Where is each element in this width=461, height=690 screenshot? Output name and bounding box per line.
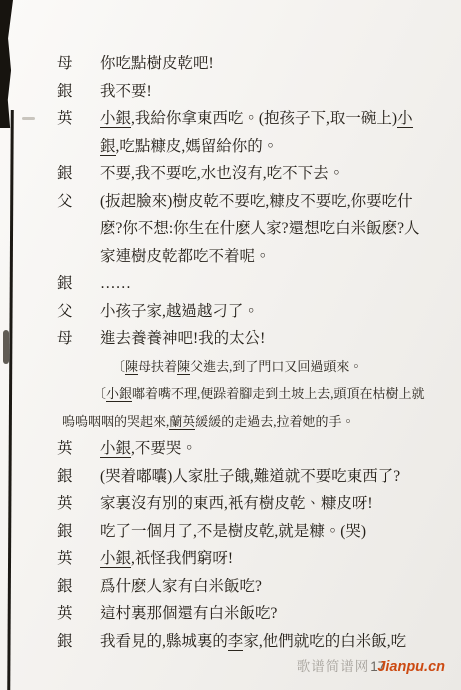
text-run: ,不要哭。: [131, 440, 197, 457]
dialogue-line: 麽?你不想:你生在什麽人家?還想吃白米飯麽?人: [100, 215, 461, 243]
proper-name-mark: 李: [228, 633, 244, 651]
dialogue-entry: 銀我看見的,縣城裏的李家,他們就吃的白米飯,吃: [57, 628, 461, 656]
dialogue-text: 你吃點樹皮乾吧!: [100, 50, 461, 78]
watermark-site-name: 歌谱简谱网: [297, 659, 370, 674]
text-run: ,吃點糠皮,媽留給你的。: [116, 138, 279, 155]
speaker-label: 母: [57, 50, 100, 78]
proper-name-mark: 小銀: [100, 550, 131, 568]
dialogue-line: 吃了一個月了,不是樹皮乾,就是糠。(哭): [100, 518, 461, 546]
dialogue-entry: 銀爲什麽人家有白米飯吃?: [57, 573, 461, 601]
dialogue-line: 進去養養神吧!我的太公!: [100, 325, 461, 353]
speaker-label: 父: [57, 298, 100, 326]
dialogue-entry: 母你吃點樹皮乾吧!: [57, 50, 461, 78]
text-run: 不要,我不要吃,水也沒有,吃不下去。: [100, 165, 344, 182]
dialogue-text: 這村裏那個還有白米飯吃?: [100, 600, 461, 628]
proper-name-mark: 陳: [177, 359, 190, 375]
watermark: 歌谱简谱网17Jianpu.cn: [297, 655, 445, 675]
stage-direction-line: 〔陳母扶着陳父進去,到了門口又回過頭來。: [112, 353, 461, 381]
proper-name-mark: 小銀: [100, 110, 131, 128]
dialogue-line: 我看見的,縣城裏的李家,他們就吃的白米飯,吃: [100, 628, 461, 656]
proper-name-mark: 銀: [100, 138, 116, 156]
dialogue-text: 進去養養神吧!我的太公!: [100, 325, 461, 353]
dialogue-entry: 英這村裏那個還有白米飯吃?: [57, 600, 461, 628]
dialogue-line: 不要,我不要吃,水也沒有,吃不下去。: [100, 160, 461, 188]
stage-direction-line: 嗚嗚咽咽的哭起來,蘭英緩緩的走過去,拉着她的手。: [62, 408, 461, 436]
dialogue-entry: 英家裏沒有別的東西,衹有樹皮乾、糠皮呀!: [57, 490, 461, 518]
dialogue-text: 小銀,不要哭。: [100, 435, 461, 463]
speaker-label: 英: [57, 435, 100, 463]
dialogue-line: 家裏沒有別的東西,衹有樹皮乾、糠皮呀!: [100, 490, 461, 518]
dialogue-line: 你吃點樹皮乾吧!: [100, 50, 461, 78]
dialogue-text: 不要,我不要吃,水也沒有,吃不下去。: [100, 160, 461, 188]
dialogue-text: 我看見的,縣城裏的李家,他們就吃的白米飯,吃: [100, 628, 461, 656]
speaker-label: 母: [57, 325, 100, 353]
text-run: 家,他們就吃的白米飯,吃: [243, 633, 406, 650]
stage-direction-text: 〔小銀嘟着嘴不理,便跺着腳走到土坡上去,頭頂在枯樹上就嗚嗚咽咽的哭起來,蘭英緩緩…: [57, 380, 461, 435]
proper-name-mark: 小銀: [100, 440, 131, 458]
speaker-label: 英: [57, 545, 100, 573]
proper-name-mark: 蘭英: [169, 414, 195, 430]
dialogue-text: 爲什麽人家有白米飯吃?: [100, 573, 461, 601]
watermark-brand: Jianpu.cn: [377, 659, 445, 675]
dialogue-entry: 父(扳起臉來)樹皮乾不要吃,糠皮不要吃,你要吃什麽?你不想:你生在什麽人家?還想…: [57, 188, 461, 271]
dialogue-line: 小銀,不要哭。: [100, 435, 461, 463]
stage-direction: 〔陳母扶着陳父進去,到了門口又回過頭來。: [57, 353, 461, 381]
proper-name-mark: 陳: [125, 359, 138, 375]
proper-name-mark: 小銀: [106, 386, 132, 402]
speaker-label: 銀: [57, 78, 100, 106]
speaker-label: 銀: [57, 628, 100, 656]
text-run: 父進去,到了門口又回過頭來。: [190, 359, 362, 374]
dialogue-entry: 銀我不要!: [57, 78, 461, 106]
text-run: 我看見的,縣城裏的: [100, 633, 228, 650]
dialogue-entry: 銀吃了一個月了,不是樹皮乾,就是糠。(哭): [57, 518, 461, 546]
dialogue-entry: 英小銀,不要哭。: [57, 435, 461, 463]
speaker-label: 銀: [57, 463, 100, 491]
text-run: 小孩子家,越過越刁了。: [100, 303, 259, 320]
script-body: 母你吃點樹皮乾吧!銀我不要!英小銀,我給你拿東西吃。(抱孩子下,取一碗上)小銀,…: [0, 0, 461, 655]
text-run: 家裏沒有別的東西,衹有樹皮乾、糠皮呀!: [100, 495, 373, 512]
text-run: 你吃點樹皮乾吧!: [100, 55, 214, 72]
speaker-label: 英: [57, 490, 100, 518]
text-run: 〔: [93, 386, 106, 401]
text-run: 母扶着: [138, 359, 177, 374]
stage-direction-line: 〔小銀嘟着嘴不理,便跺着腳走到土坡上去,頭頂在枯樹上就: [93, 380, 461, 408]
speaker-label: 銀: [57, 573, 100, 601]
dialogue-line: 小孩子家,越過越刁了。: [100, 298, 461, 326]
dialogue-text: (哭着嘟囔)人家肚子餓,難道就不要吃東西了?: [100, 463, 461, 491]
text-run: ,祇怪我們窮呀!: [131, 550, 233, 567]
dialogue-text: ……: [100, 270, 461, 298]
text-run: ……: [100, 275, 131, 292]
text-run: 吃了一個月了,不是樹皮乾,就是糠。(哭): [100, 523, 366, 540]
dialogue-line: 這村裏那個還有白米飯吃?: [100, 600, 461, 628]
proper-name-mark: 小: [397, 110, 413, 128]
dialogue-line: (哭着嘟囔)人家肚子餓,難道就不要吃東西了?: [100, 463, 461, 491]
text-run: 嗚嗚咽咽的哭起來,: [62, 414, 169, 429]
dialogue-line: 家連樹皮乾都吃不着呢。: [100, 243, 461, 271]
stage-direction: 〔小銀嘟着嘴不理,便跺着腳走到土坡上去,頭頂在枯樹上就嗚嗚咽咽的哭起來,蘭英緩緩…: [57, 380, 461, 435]
text-run: 爲什麽人家有白米飯吃?: [100, 578, 262, 595]
speaker-label: 銀: [57, 160, 100, 188]
dialogue-entry: 英小銀,祇怪我們窮呀!: [57, 545, 461, 573]
dialogue-entry: 銀不要,我不要吃,水也沒有,吃不下去。: [57, 160, 461, 188]
dialogue-line: 銀,吃點糠皮,媽留給你的。: [100, 133, 461, 161]
text-run: 家連樹皮乾都吃不着呢。: [100, 248, 271, 265]
text-run: (扳起臉來)樹皮乾不要吃,糠皮不要吃,你要吃什: [100, 193, 413, 210]
dialogue-line: (扳起臉來)樹皮乾不要吃,糠皮不要吃,你要吃什: [100, 188, 461, 216]
speaker-label: 英: [57, 600, 100, 628]
scanned-script-page: 母你吃點樹皮乾吧!銀我不要!英小銀,我給你拿東西吃。(抱孩子下,取一碗上)小銀,…: [0, 0, 461, 690]
speaker-label: 英: [57, 105, 100, 160]
text-run: ,我給你拿東西吃。(抱孩子下,取一碗上): [131, 110, 397, 127]
dialogue-entry: 母進去養養神吧!我的太公!: [57, 325, 461, 353]
dialogue-line: 小銀,我給你拿東西吃。(抱孩子下,取一碗上)小: [100, 105, 461, 133]
dialogue-line: 我不要!: [100, 78, 461, 106]
dialogue-text: 小銀,我給你拿東西吃。(抱孩子下,取一碗上)小銀,吃點糠皮,媽留給你的。: [100, 105, 461, 160]
text-run: (哭着嘟囔)人家肚子餓,難道就不要吃東西了?: [100, 468, 400, 485]
stage-direction-text: 〔陳母扶着陳父進去,到了門口又回過頭來。: [57, 353, 461, 381]
dialogue-line: 爲什麽人家有白米飯吃?: [100, 573, 461, 601]
dialogue-text: 家裏沒有別的東西,衹有樹皮乾、糠皮呀!: [100, 490, 461, 518]
dialogue-line: ……: [100, 270, 461, 298]
dialogue-text: (扳起臉來)樹皮乾不要吃,糠皮不要吃,你要吃什麽?你不想:你生在什麽人家?還想吃…: [100, 188, 461, 271]
dialogue-text: 小孩子家,越過越刁了。: [100, 298, 461, 326]
text-run: 這村裏那個還有白米飯吃?: [100, 605, 277, 622]
dialogue-text: 吃了一個月了,不是樹皮乾,就是糠。(哭): [100, 518, 461, 546]
dialogue-line: 小銀,祇怪我們窮呀!: [100, 545, 461, 573]
speaker-label: 父: [57, 188, 100, 271]
text-run: 我不要!: [100, 83, 152, 100]
text-run: 麽?你不想:你生在什麽人家?還想吃白米飯麽?人: [100, 220, 419, 237]
speaker-label: 銀: [57, 270, 100, 298]
text-run: 進去養養神吧!我的太公!: [100, 330, 265, 347]
text-run: 〔: [112, 359, 125, 374]
dialogue-entry: 英小銀,我給你拿東西吃。(抱孩子下,取一碗上)小銀,吃點糠皮,媽留給你的。: [57, 105, 461, 160]
text-run: 嘟着嘴不理,便跺着腳走到土坡上去,頭頂在枯樹上就: [132, 386, 425, 401]
dialogue-text: 我不要!: [100, 78, 461, 106]
dialogue-entry: 銀……: [57, 270, 461, 298]
speaker-label: 銀: [57, 518, 100, 546]
dialogue-entry: 銀(哭着嘟囔)人家肚子餓,難道就不要吃東西了?: [57, 463, 461, 491]
dialogue-text: 小銀,祇怪我們窮呀!: [100, 545, 461, 573]
text-run: 緩緩的走過去,拉着她的手。: [195, 414, 354, 429]
dialogue-entry: 父小孩子家,越過越刁了。: [57, 298, 461, 326]
